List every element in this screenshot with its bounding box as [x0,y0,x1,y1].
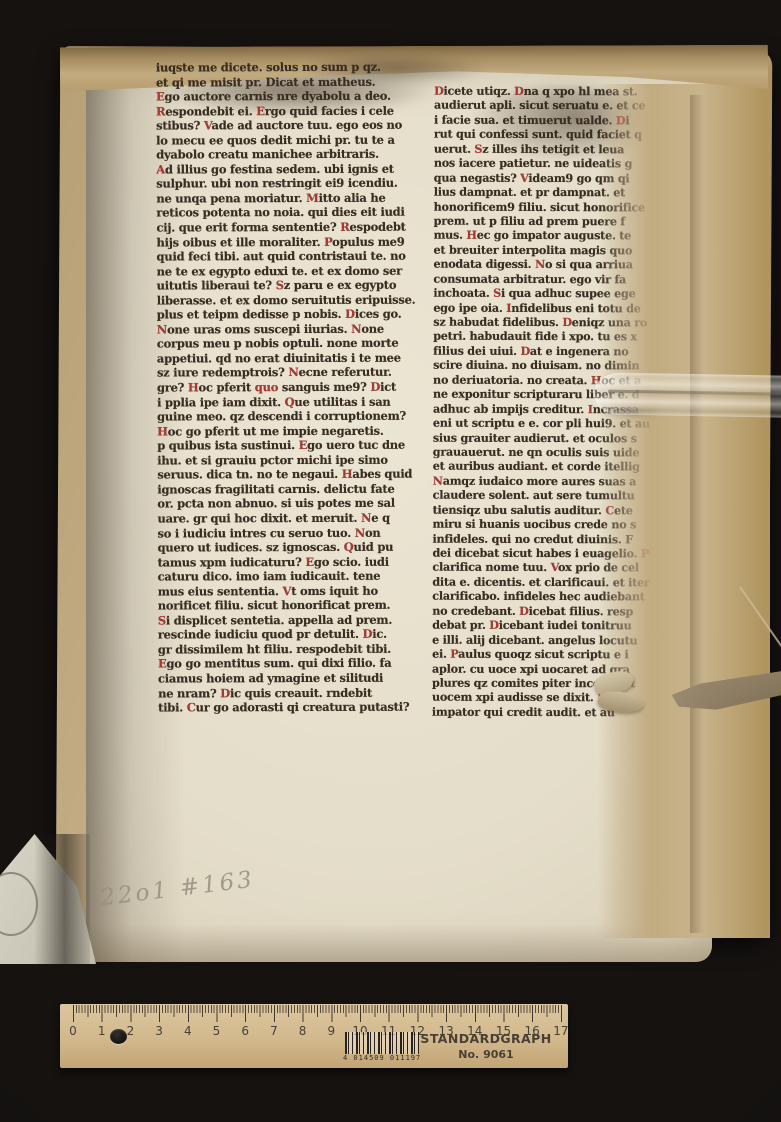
ruler-number: 6 [241,1024,249,1038]
manuscript-line: so i iudiciu intres cu seruo tuo. Non [157,525,445,541]
rubric-initial: D [362,627,372,641]
manuscript-line: uerut. Sz illes ihs tetigit et leua [434,141,666,156]
rubric-initial: C [187,700,196,714]
manuscript-line: i pplia ipe iam dixit. Que utilitas i sa… [157,394,445,410]
rubric-initial: E [158,657,167,671]
rubric-initial: M [306,191,319,205]
ruler-number: 5 [213,1024,221,1038]
manuscript-line: mus. Hec go impator auguste. te [434,228,666,243]
manuscript-line: no credebant. Dicebat filius. resp [432,603,664,618]
manuscript-line: ciamus hoiem ad ymagine et silitudi [158,670,446,686]
manuscript-line: tibi. Cur go adorasti qi creatura putast… [158,700,446,716]
manuscript-line: claudere solent. aut sere tumultu [433,488,665,503]
rubric-initial: E [299,438,308,452]
rubric-initial: D [370,380,380,394]
manuscript-line: filius dei uiui. Dat e ingenera no [433,343,665,358]
manuscript-line: honorificem9 filiu. sicut honorifice [434,199,666,214]
manuscript-line: Ego go mentitus sum. qui dixi filio. fa [158,656,446,672]
manuscript-line: sz habudat fidelibus. Deniqz una ro [433,315,665,330]
manuscript-line: Respondebit ei. Ergo quid facies i cele [156,103,444,119]
manuscript-line: qua negastis? Videam9 go qm qi [434,170,666,185]
manuscript-line: cij. que erit forma sententie? Respodebt [156,220,444,236]
rubric-initial: R [340,220,349,234]
manuscript-line: quid feci tibi. aut quid contristaui te.… [157,249,445,265]
manuscript-line: nos iacere patietur. ne uideatis g [434,156,666,171]
manuscript-line: tiensiqz ubu salutis auditur. Cete [433,502,665,517]
manuscript-line: gre? Hoc pferit quo sanguis me9? Dict [157,380,445,396]
rubric-initial: D [220,686,230,700]
rubric-initial: A [156,162,165,176]
page-crease [690,95,704,933]
rubric-initial: D [562,315,572,329]
manuscript-line: or. pcta non abnuo. si uis potes me sal [157,496,445,512]
ruler-scale [73,1005,562,1023]
manuscript-line: Ego auctore carnis nre dyabolu a deo. [156,89,444,105]
ruler-number: 17 [553,1024,568,1038]
ruler-model: No. 9061 [420,1048,552,1061]
manuscript-line: rut qui confessi sunt. quid faciet q [434,127,666,142]
rubric-initial: V [551,560,558,574]
parchment-tie [588,668,652,732]
manuscript-line: seruus. dica tn. no te negaui. Habes qui… [157,467,445,483]
manuscript-line: Dicete utiqz. Dna q xpo hl mea st. [434,84,666,99]
manuscript-line: tamus xpm iudicaturu? Ego scio. iudi [158,554,446,570]
rubric-initial: H [466,228,476,242]
rubric-initial: E [256,104,265,118]
manuscript-line: uitutis liberaui te? Sz paru e ex egypto [157,278,445,294]
rubric-initial: Q [344,540,354,554]
rubric-initial: R [156,104,165,118]
gutter-shadow [34,834,90,964]
manuscript-line: ne te ex egypto eduxi te. et ex domo ser [157,263,445,279]
manuscript-line: iuqste me dicete. solus no sum p qz. [156,59,444,75]
manuscript-line: norificet filiu. sicut honorificat prem. [158,598,446,614]
manuscript-line: inchoata. Si qua adhuc supee ege [433,286,665,301]
manuscript-line: clarificabo. infideles hec audiebant [432,589,664,604]
manuscript-line: dita e. dicentis. et clarificaui. et ite… [432,574,664,589]
manuscript-line: infideles. qui no credut diuinis. F [432,531,664,546]
manuscript-line: et breuiter interpolita magis quo [434,242,666,257]
manuscript-line: audierut apli. sicut seruatu e. et ce [434,98,666,113]
manuscript-line: gr dissimilem ht filiu. respodebit tibi. [158,641,446,657]
manuscript-line: consumata arbitratur. ego vir fa [433,271,665,286]
manuscript-line: quero ut iudices. sz ignoscas. Quid pu [158,540,446,556]
manuscript-line: grauauerut. ne qn oculis suis uide [433,445,665,460]
manuscript-line: rescinde iudiciu quod pr detulit. Dic. [158,627,446,643]
manuscript-line: Ad illius go festina sedem. ubi ignis et [156,161,444,177]
manuscript-line: Si displicet sentetia. appella ad prem. [158,612,446,628]
manuscript-line: sulphur. ubi non restringit ei9 icendiu. [156,176,444,192]
rubric-initial: D [489,618,499,632]
manuscript-line: et qi me misit pr. Dicat et matheus. [156,74,444,90]
manuscript-line: ne unqa pena moriatur. Mitto alia he [156,190,444,206]
manuscript-line: ignoscas fragilitati carnis. delictu fat… [157,481,445,497]
manuscript-line: sius grauiter audierut. et oculos s [433,430,665,445]
rubric-initial: S [276,278,284,292]
manuscript-line: guine meo. qz descendi i corruptionem? [157,409,445,425]
rubric-initial: S [493,286,501,300]
manuscript-line: ihu. et si grauiu pctor michi ipe simo [157,452,445,468]
manuscript-line: reticos potenta no noia. qui dies eit iu… [156,205,444,221]
rubric-initial: D [519,604,529,618]
manuscript-line: clarifica nome tuu. Vox prio de cel [432,560,664,575]
manuscript-line: stibus? Vade ad auctore tuu. ego eos no [156,118,444,134]
manuscript-line: plus et teipm dedisse p nobis. Dices go. [157,307,445,323]
rubric-initial: N [361,511,371,525]
ruler-brand: STANDARDGRAPH [420,1031,552,1046]
ruler-hole [110,1029,127,1044]
manuscript-line: lo mecu ee quos dedit michi pr. tu te a [156,132,444,148]
manuscript-line: mus eius sententia. Vt oms iquit ho [158,583,446,599]
pencil-doodle [0,872,38,936]
rubric-initial: P [324,234,332,248]
rubric-initial: N [157,322,167,336]
manuscript-line: hijs oibus et ille moraliter. Populus me… [156,234,444,250]
rubric-initial: D [616,113,626,127]
rubric-initial: E [156,90,165,104]
manuscript-line: prem. ut p filiu ad prem puere f [434,214,666,229]
rubric-initial: V [283,584,292,598]
manuscript-line: None uras oms suscepi iiurias. None [157,321,445,337]
rubric-initial: P [641,546,649,560]
barcode-digits: 4 014509 011197 [343,1054,421,1062]
ruler-number: 8 [299,1024,307,1038]
manuscript-line: dei dicebat sicut habes i euagelio. P [432,546,664,561]
rubric-initial: N [355,525,365,539]
rubric-initial: V [520,171,528,185]
rubric-initial: N [433,473,443,487]
manuscript-line: sz iure redemptrois? Necne referutur. [157,365,445,381]
glass-rod [593,364,781,429]
manuscript-line: caturu dico. imo iam iudicauit. tene [158,569,446,585]
manuscript-line: appetiui. qd no erat diuinitatis i te me… [157,350,445,366]
ruler-number: 3 [155,1024,163,1038]
manuscript-line: ei. Paulus quoqz sicut scriptu e i [432,647,664,662]
ruler-number: 2 [127,1024,135,1038]
ruler-number: 9 [327,1024,335,1038]
rubric-initial: N [288,365,298,379]
manuscript-line: miru si huanis uocibus crede no s [433,517,665,532]
rubric-initial: D [520,344,530,358]
manuscript-line: Hoc go pferit ut me impie negaretis. [157,423,445,439]
manuscript-line: ego ipe oia. Infidelibus eni totu de [433,300,665,315]
ruler-barcode: 4 014509 011197 [343,1032,421,1066]
ruler-number: 1 [98,1024,106,1038]
rubric-initial: D [514,84,524,98]
rubric-initial: D [345,307,355,321]
manuscript-line: i facie sua. et timuerut ualde. Di [434,112,666,127]
rubric-initial: N [351,322,361,336]
rubric-initial: quo [255,380,278,394]
barcode-bars [345,1032,419,1054]
manuscript-line: debat pr. Dicebant iudei tonitruu [432,618,664,633]
manuscript-line: et auribus audiant. et corde itellig [433,459,665,474]
manuscript-line: liberasse. et ex domo seruitutis eripuis… [157,292,445,308]
rubric-initial: H [342,467,353,481]
manuscript-line: enodata digessi. No si qua arriua [433,257,665,272]
rubric-initial: Q [285,395,295,409]
ruler-number: 7 [270,1024,278,1038]
ruler: 01234567891011121314151617 4 014509 0111… [60,1004,568,1068]
manuscript-line: dyabolo creatu manichee arbitraris. [156,147,444,163]
manuscript-line: Namqz iudaico more aures suas a [433,473,665,488]
manuscript-line: petri. habudauit fide i xpo. tu es x [433,329,665,344]
manuscript-line: uare. gr qui hoc dixit. et meruit. Ne q [157,510,445,526]
manuscript-line: lius dampnat. et pr dampnat. et [434,185,666,200]
manuscript-line: ne nram? Dic quis creauit. rndebit [158,685,446,701]
rubric-initial: P [450,647,458,661]
manuscript-line: corpus meu p nobis optuli. none morte [157,336,445,352]
manuscript-line: e illi. alij dicebant. angelus locutu [432,632,664,647]
rubric-initial: S [158,613,166,627]
rubric-initial: H [188,380,199,394]
photo-background: iuqste me dicete. solus no sum p qz.et q… [0,0,781,1122]
text-column-1: iuqste me dicete. solus no sum p qz.et q… [156,59,446,715]
manuscript-line: p quibus ista sustinui. Ego uero tuc dne [157,438,445,454]
ruler-number: 0 [69,1024,77,1038]
ruler-number: 4 [184,1024,192,1038]
rubric-initial: H [157,424,168,438]
